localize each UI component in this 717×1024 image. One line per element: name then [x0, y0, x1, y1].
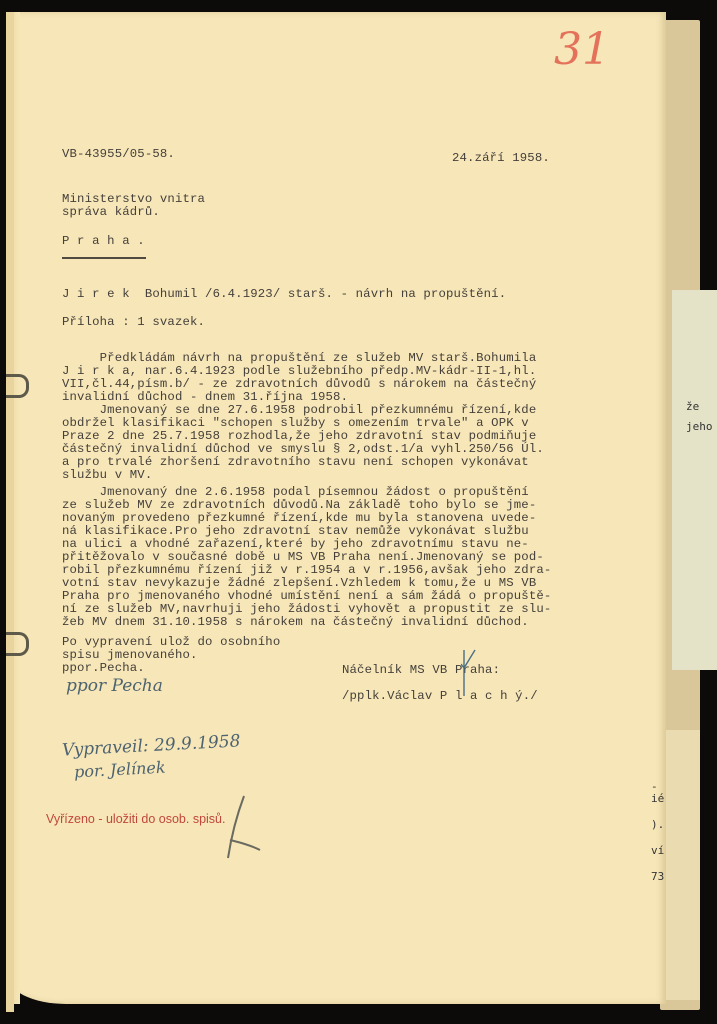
- binder-ring-top-icon: [6, 374, 29, 398]
- recipient-line2: správa kádrů.: [62, 206, 160, 219]
- attachment-line: Příloha : 1 svazek.: [62, 316, 205, 329]
- handwritten-dispatch-date: Vypraveil: 29.9.1958: [62, 731, 241, 760]
- underlying-text: 73: [651, 870, 664, 883]
- document-date: 24.září 1958.: [452, 152, 550, 165]
- signatory-name: /pplk.Václav P l a c h ý./: [342, 690, 538, 703]
- handwritten-dispatch-name: por. Jelínek: [74, 758, 166, 782]
- handwritten-check-mark-icon: [216, 792, 266, 862]
- underlying-text: jeho: [686, 420, 713, 433]
- document-page: 31 VB-43955/05-58. 24.září 1958. Ministe…: [6, 12, 666, 1004]
- underlying-text: že: [686, 400, 699, 413]
- filed-stamp: Vyřízeno - uložiti do osob. spisů.: [46, 812, 226, 826]
- binder-ring-bottom-icon: [6, 632, 29, 656]
- recipient-city: P r a h a .: [62, 235, 145, 248]
- folio-number: 31: [554, 24, 610, 75]
- underlying-text: ví: [651, 844, 664, 857]
- underlying-sheet-top: že jeho: [672, 290, 717, 670]
- underlying-text: ié: [651, 792, 664, 805]
- signature-mark-icon: [461, 648, 477, 698]
- binding-spine: [6, 12, 14, 1012]
- underlying-text: ).: [651, 818, 664, 831]
- reference-number: VB-43955/05-58.: [62, 148, 175, 161]
- city-underline: [62, 257, 146, 259]
- body-line: službu v MV.: [62, 469, 152, 482]
- handwritten-signature-pecha: ppor Pecha: [66, 676, 163, 696]
- filing-note-line: ppor.Pecha.: [62, 662, 145, 675]
- body-line: žeb MV dnem 31.10.1958 s nárokem na část…: [62, 616, 529, 629]
- underlying-sheet-bottom: [662, 730, 700, 1000]
- subject-line: J i r e k Bohumil /6.4.1923/ starš. - ná…: [62, 288, 506, 301]
